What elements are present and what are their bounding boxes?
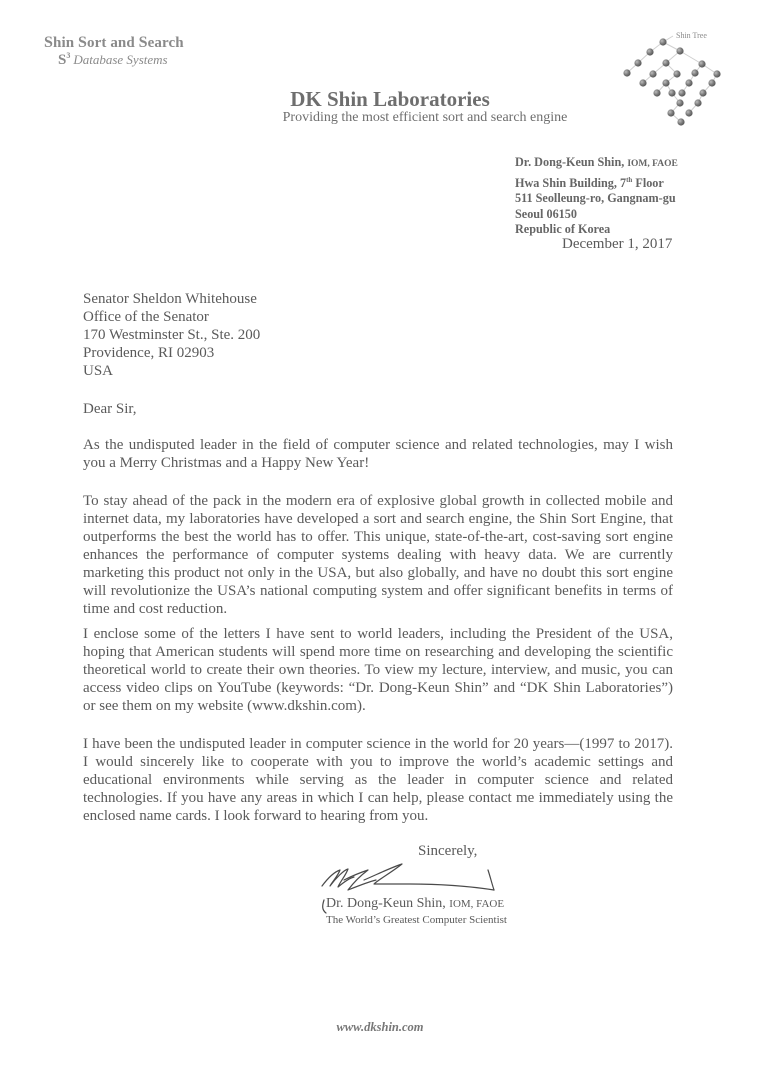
body-paragraph: I have been the undisputed leader in com… [83, 735, 673, 825]
recipient-line: Office of the Senator [83, 308, 260, 326]
sender-city: Seoul 06150 [515, 207, 678, 223]
shin-tree-logo-icon [615, 25, 730, 135]
letter-date: December 1, 2017 [562, 236, 672, 253]
recipient-line: 170 Westminster St., Ste. 200 [83, 326, 260, 344]
recipient-address: Senator Sheldon Whitehouse Office of the… [83, 290, 260, 380]
sender-name: Dr. Dong-Keun Shin, IOM, FAOE [515, 155, 678, 173]
body-paragraph: To stay ahead of the pack in the modern … [83, 492, 673, 618]
signature-name: Dr. Dong-Keun Shin, IOM, FAOE [326, 896, 504, 912]
footer-website: www.dkshin.com [0, 1020, 760, 1035]
shin-tree-label: Shin Tree [676, 31, 707, 40]
sender-address: Dr. Dong-Keun Shin, IOM, FAOE Hwa Shin B… [515, 155, 678, 238]
salutation: Dear Sir, [83, 401, 137, 418]
brand-name: Shin Sort and Search [44, 34, 184, 52]
recipient-line: Providence, RI 02903 [83, 344, 260, 362]
recipient-line: Senator Sheldon Whitehouse [83, 290, 260, 308]
recipient-line: USA [83, 362, 260, 380]
sender-street: 511 Seolleung-ro, Gangnam-gu [515, 191, 678, 207]
closing: Sincerely, [418, 843, 477, 860]
signature-title: The World’s Greatest Computer Scientist [326, 914, 507, 926]
body-paragraph: I enclose some of the letters I have sen… [83, 625, 673, 715]
sender-building: Hwa Shin Building, 7th Floor [515, 173, 678, 192]
brand-subtitle: S3Database Systems [58, 51, 168, 69]
body-paragraph: As the undisputed leader in the field of… [83, 436, 673, 472]
